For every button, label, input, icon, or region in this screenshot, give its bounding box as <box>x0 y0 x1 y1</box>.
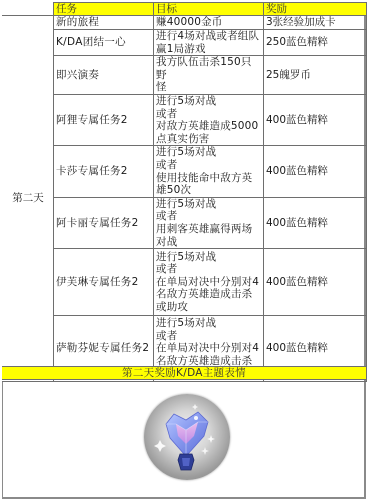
task-table: 任务 目标 奖励 第二天 新的旅程 赚40000金币 3张经验加成卡 K/DA团… <box>2 2 367 382</box>
table-row: 阿卡丽专属任务2 进行5场对战 或者 用刺客英雄赢得两场 对战 400蓝色精粹 <box>3 197 367 248</box>
table-row: 第二天 新的旅程 赚40000金币 3张经验加成卡 <box>3 16 367 30</box>
header-goal: 目标 <box>154 3 264 16</box>
task-reward: 400蓝色精粹 <box>264 249 367 316</box>
table-row: K/DA团结一心 进行4场对战或者组队 赢1局游戏 250蓝色精粹 <box>3 30 367 56</box>
table-row: 伊芙琳专属任务2 进行5场对战 或者 在单局对决中分别对4 名敌方英雄造成击杀 … <box>3 249 367 316</box>
task-goal: 我方队伍击杀150只野 怪 <box>154 56 264 95</box>
task-reward: 25魄罗币 <box>264 56 367 95</box>
header-task: 任务 <box>54 3 154 16</box>
task-name: 即兴演奏 <box>54 56 154 95</box>
table-row: 卡莎专属任务2 进行5场对战 或者 使用技能命中敌方英 雄50次 400蓝色精粹 <box>3 146 367 197</box>
table-row: 即兴演奏 我方队伍击杀150只野 怪 25魄罗币 <box>3 56 367 95</box>
task-name: 新的旅程 <box>54 16 154 30</box>
day-header-cell <box>3 3 54 16</box>
header-reward: 奖励 <box>264 3 367 16</box>
task-name: 阿狸专属任务2 <box>54 94 154 145</box>
reward-banner: 第二天奖励K/DA主题表情 <box>2 366 366 380</box>
crystal-heart-emote-icon <box>144 394 230 480</box>
day-label: 第二天 <box>3 16 54 382</box>
task-reward: 250蓝色精粹 <box>264 30 367 56</box>
task-goal: 进行5场对战 或者 使用技能命中敌方英 雄50次 <box>154 146 264 197</box>
task-goal: 赚40000金币 <box>154 16 264 30</box>
task-goal: 进行5场对战 或者 在单局对决中分别对4 名敌方英雄造成击杀 或助攻 <box>154 249 264 316</box>
task-reward: 400蓝色精粹 <box>264 197 367 248</box>
table-row: 阿狸专属任务2 进行5场对战 或者 对敌方英雄造成5000 点真实伤害 400蓝… <box>3 94 367 145</box>
task-goal: 进行5场对战 或者 对敌方英雄造成5000 点真实伤害 <box>154 94 264 145</box>
task-name: 伊芙琳专属任务2 <box>54 249 154 316</box>
task-reward: 400蓝色精粹 <box>264 146 367 197</box>
task-goal: 进行5场对战 或者 用刺客英雄赢得两场 对战 <box>154 197 264 248</box>
task-goal: 进行4场对战或者组队 赢1局游戏 <box>154 30 264 56</box>
task-name: 阿卡丽专属任务2 <box>54 197 154 248</box>
task-reward: 3张经验加成卡 <box>264 16 367 30</box>
reward-image-area <box>2 380 366 499</box>
task-name: K/DA团结一心 <box>54 30 154 56</box>
table-header-row: 任务 目标 奖励 <box>3 3 367 16</box>
task-reward: 400蓝色精粹 <box>264 94 367 145</box>
task-name: 卡莎专属任务2 <box>54 146 154 197</box>
